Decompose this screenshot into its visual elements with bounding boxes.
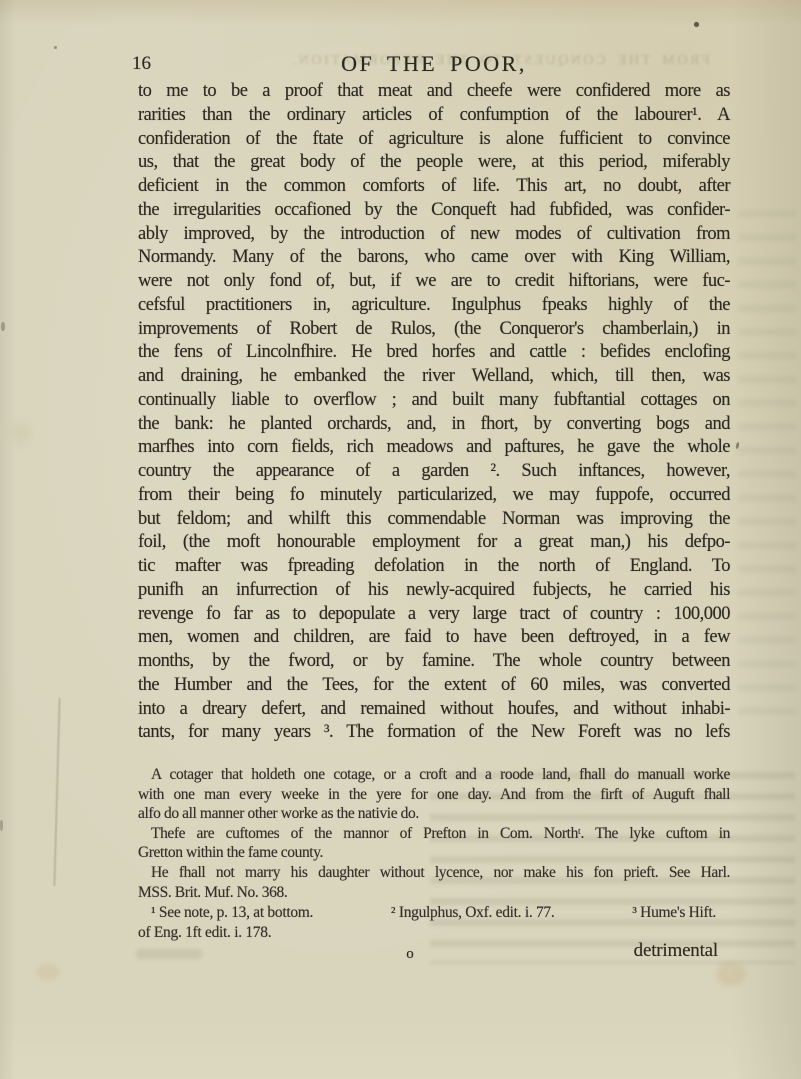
body-text-line: to me to be a proof that meat and cheefe… — [138, 80, 730, 104]
body-text-line: the fens of Lincolnfhire. He bred horfes… — [138, 341, 730, 365]
body-text-line: the bank: he planted orchards, and, in f… — [138, 413, 730, 437]
body-text-line: tic mafter was fpreading defolation in t… — [138, 555, 730, 579]
body-text-line: tants, for many years ³. The formation o… — [138, 721, 730, 745]
body-text-line: country the appearance of a garden ². Su… — [138, 460, 730, 484]
running-title: OF THE POOR, — [138, 51, 730, 77]
page-edge-mark — [0, 820, 3, 831]
body-text-line: into a dreary defert, and remained witho… — [138, 698, 730, 722]
paper-stain — [12, 420, 30, 446]
body-text-line: from their being fo minutely particulari… — [138, 484, 730, 508]
footnote-text: A cotager that holdeth one cotage, or a … — [138, 765, 730, 902]
page-edge-mark — [1, 322, 5, 331]
page-header: 16 OF THE POOR, — [138, 51, 730, 75]
footnote-line: with one man every weeke in the yere for… — [138, 785, 730, 805]
body-text-line: months, by the fword, or by famine. The … — [138, 650, 730, 674]
paper-stain — [716, 962, 746, 986]
verso-showthrough-band — [136, 949, 202, 959]
signature-mark: o — [399, 946, 421, 963]
body-text-line: the Humber and the Tees, for the extent … — [138, 674, 730, 698]
body-text-line: foil, (the moft honourable employment fo… — [138, 531, 730, 555]
body-text-line: revenge fo far as to depopulate a very l… — [138, 603, 730, 627]
book-page: FROM THE CONQUEST TO THE REFORMATION. 16… — [0, 0, 801, 1079]
body-text: to me to be a proof that meat and cheefe… — [138, 80, 730, 745]
body-text-line: and draining, he embanked the river Well… — [138, 365, 730, 389]
body-text-line: the irregularities occafioned by the Con… — [138, 199, 730, 223]
footnote-ref-3: ³ Hume's Hift. — [632, 903, 716, 923]
ink-speck — [735, 442, 740, 450]
body-text-line: men, women and children, are faid to hav… — [138, 626, 730, 650]
footnote-line: A cotager that holdeth one cotage, or a … — [138, 765, 730, 785]
body-text-line: cefsful practitioners in, agriculture. I… — [138, 294, 730, 318]
body-text-line: deficient in the common comforts of life… — [138, 175, 730, 199]
footnote-line: alfo do all manner other worke as the na… — [138, 804, 730, 824]
body-text-line: punifh an infurrection of his newly-acqu… — [138, 579, 730, 603]
body-text-line: ably improved, by the introduction of ne… — [138, 223, 730, 247]
footnote-ref-1: ¹ See note, p. 13, at bottom. — [151, 903, 313, 923]
body-text-line: confideration of the ftate of agricultur… — [138, 128, 730, 152]
catchword: detrimental — [634, 940, 718, 962]
ink-speck — [694, 22, 699, 27]
body-text-line: improvements of Robert de Rulos, (the Co… — [138, 318, 730, 342]
ink-speck — [54, 46, 57, 49]
footnote-line: Thefe are cuftomes of the mannor of Pref… — [138, 824, 730, 844]
footnote-ref-2: ² Ingulphus, Oxf. edit. i. 77. — [391, 903, 555, 923]
body-text-line: but feldom; and whilft this commendable … — [138, 508, 730, 532]
footnote-references: ¹ See note, p. 13, at bottom. ² Ingulphu… — [138, 903, 730, 923]
verso-showthrough-band — [738, 210, 796, 730]
footnote-line: MSS. Brit. Muf. No. 368. — [138, 883, 730, 903]
footnote-line: Gretton within the fame county. — [138, 843, 730, 863]
footnote-line: He fhall not marry his daughter without … — [138, 863, 730, 883]
body-text-line: rarities than the ordinary articles of c… — [138, 104, 730, 128]
body-text-line: continually liable to overflow ; and bui… — [138, 389, 730, 413]
body-text-line: Normandy. Many of the barons, who came o… — [138, 246, 730, 270]
body-text-line: marfhes into corn fields, rich meadows a… — [138, 436, 730, 460]
paper-stain — [36, 964, 60, 980]
paper-crease — [53, 698, 60, 886]
body-text-line: us, that the great body of the people we… — [138, 151, 730, 175]
body-text-line: were not only fond of, but, if we are to… — [138, 270, 730, 294]
